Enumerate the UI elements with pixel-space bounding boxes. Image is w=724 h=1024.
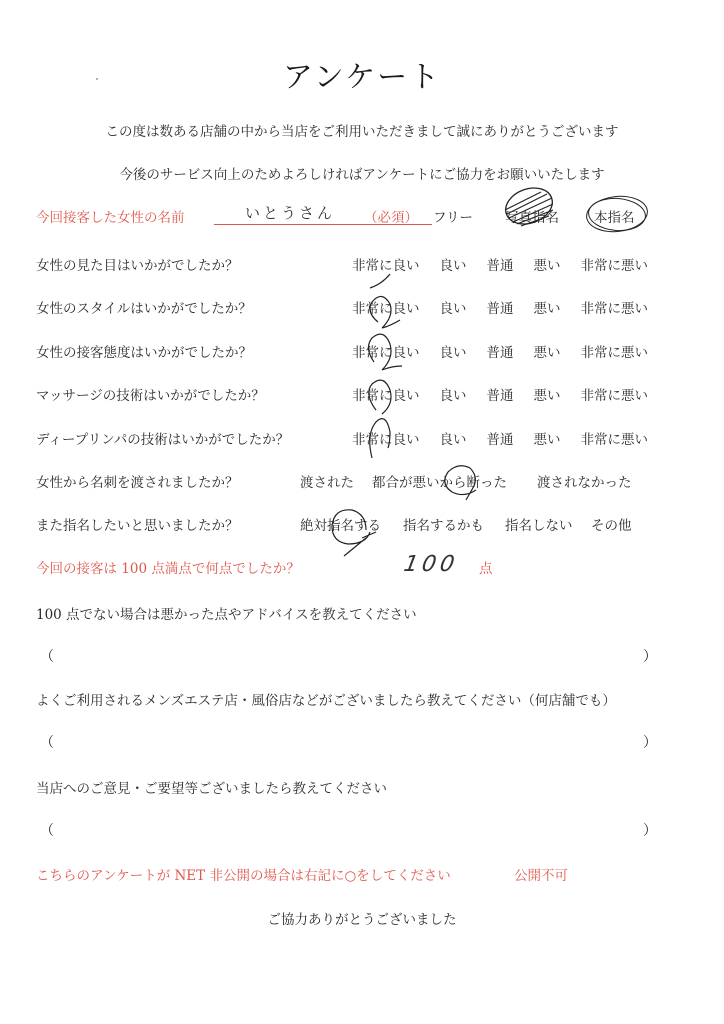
feedback-open-paren: （ [40,820,54,840]
advice-open-paren: （ [40,646,54,666]
advice-label: 100 点でない場合は悪かった点やアドバイスを教えてください [36,603,417,623]
other-shops-label: よくご利用されるメンズエステ店・風俗店などがございましたら教えてください（何店舗… [36,689,616,709]
score-unit: 点 [479,557,493,577]
option-good[interactable]: 良い [440,297,467,317]
score-label: 今回の接客は 100 点満点で何点でしたか？ [36,557,300,577]
question-deep-lymph: ディープリンパの技術はいかがでしたか？ [36,428,289,448]
name-input[interactable]: いとうさん [245,202,335,223]
intro-line-1: この度は数ある店舗の中から当店をご利用いただきまして誠にありがとうございます [0,120,724,140]
option-not-received[interactable]: 渡されなかった [537,471,632,491]
question-massage: マッサージの技術はいかがでしたか？ [36,384,265,404]
feedback-input[interactable] [60,816,640,838]
handwritten-circle-mark [436,462,486,502]
option-very-bad[interactable]: 非常に悪い [581,384,649,404]
handwritten-circle-marks [360,262,410,462]
option-average[interactable]: 普通 [487,341,514,361]
page-title: アンケート [0,52,724,96]
option-very-bad[interactable]: 非常に悪い [581,297,649,317]
option-maybe[interactable]: 指名するかも [403,514,484,534]
closing-message: ご協力ありがとうございました [0,908,724,928]
option-received[interactable]: 渡された [300,471,354,491]
handwritten-circle-mark [322,502,388,558]
option-bad[interactable]: 悪い [534,428,561,448]
option-bad[interactable]: 悪い [534,297,561,317]
option-other[interactable]: その他 [591,514,632,534]
option-very-bad[interactable]: 非常に悪い [581,428,649,448]
advice-close-paren: ） [643,646,657,666]
option-bad[interactable]: 悪い [534,384,561,404]
intro-line-2: 今後のサービス向上のためよろしければアンケートにご協力をお願いいたします [0,163,724,183]
net-private-label: こちらのアンケートが NET 非公開の場合は右記に○をしてください [36,864,451,884]
feedback-close-paren: ） [643,820,657,840]
option-bad[interactable]: 悪い [534,254,561,274]
required-badge: （必須） [364,206,418,226]
question-attitude: 女性の接客態度はいかがでしたか？ [36,341,252,361]
option-good[interactable]: 良い [440,341,467,361]
option-average[interactable]: 普通 [487,384,514,404]
option-no-publish[interactable]: 公開不可 [514,864,568,884]
option-good[interactable]: 良い [440,428,467,448]
option-average[interactable]: 普通 [487,254,514,274]
option-average[interactable]: 普通 [487,428,514,448]
option-good[interactable]: 良い [440,254,467,274]
question-repeat: また指名したいと思いましたか？ [36,514,239,534]
name-label: 今回接客した女性の名前 [36,206,185,226]
score-input[interactable]: 100 [402,552,460,577]
option-very-bad[interactable]: 非常に悪い [581,254,649,274]
option-average[interactable]: 普通 [487,297,514,317]
other-shops-open-paren: （ [40,732,54,752]
feedback-label: 当店へのご意見・ご要望等ございましたら教えてください [36,777,387,797]
option-no[interactable]: 指名しない [505,514,573,534]
option-bad[interactable]: 悪い [534,341,561,361]
option-free[interactable]: フリー [433,206,473,226]
other-shops-input[interactable] [60,728,640,750]
option-very-bad[interactable]: 非常に悪い [581,341,649,361]
question-style: 女性のスタイルはいかがでしたか？ [36,297,252,317]
question-business-card: 女性から名刺を渡されましたか？ [36,471,239,491]
option-good[interactable]: 良い [440,384,467,404]
scribble-out-mark [497,186,567,232]
question-appearance: 女性の見た目はいかがでしたか？ [36,254,239,274]
other-shops-close-paren: ） [643,732,657,752]
advice-input[interactable] [60,642,640,664]
